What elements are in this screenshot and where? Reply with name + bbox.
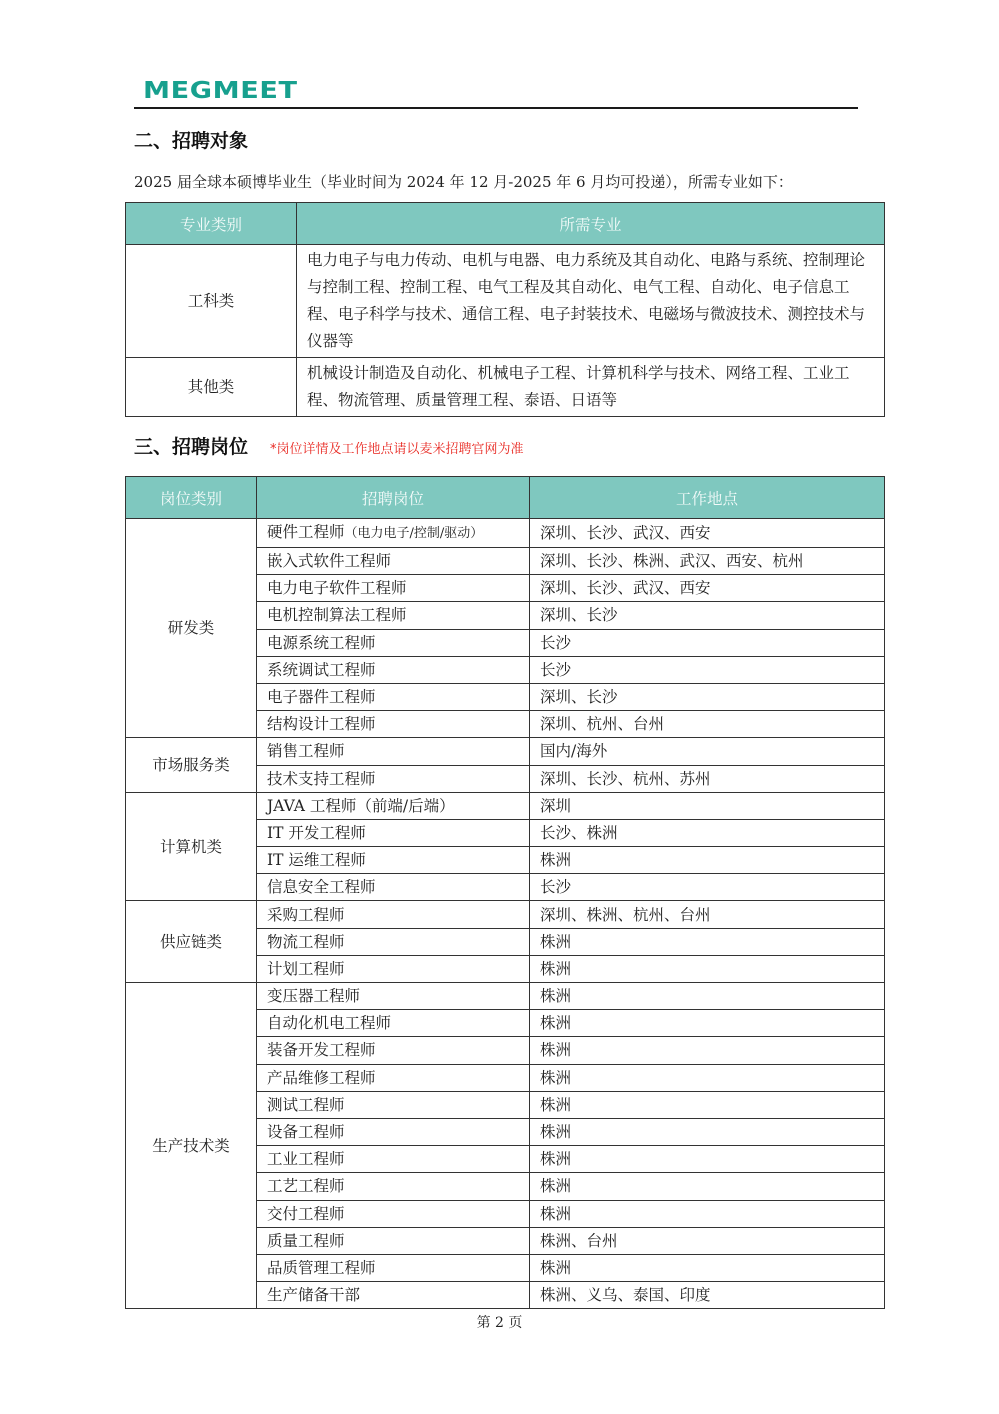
position-cell: 测试工程师 <box>257 1091 530 1118</box>
position-name: 信息安全工程师 <box>267 878 376 896</box>
position-name: 测试工程师 <box>267 1096 345 1114</box>
location-cell: 株洲 <box>530 983 885 1010</box>
location-cell: 株洲 <box>530 1200 885 1227</box>
location-cell: 长沙 <box>530 629 885 656</box>
majors-table: 专业类别 所需专业 工科类 电力电子与电力传动、电机与电器、电力系统及其自动化、… <box>125 202 885 417</box>
table-row: 研发类硬件工程师（电力电子/控制/驱动）深圳、长沙、武汉、西安 <box>126 519 885 548</box>
position-cell: IT 运维工程师 <box>257 847 530 874</box>
position-name: 嵌入式软件工程师 <box>267 552 391 570</box>
table-row: 其他类 机械设计制造及自动化、机械电子工程、计算机科学与技术、网络工程、工业工程… <box>126 358 885 417</box>
location-cell: 株洲 <box>530 1037 885 1064</box>
location-cell: 深圳、长沙、株洲、武汉、西安、杭州 <box>530 548 885 575</box>
position-name: 变压器工程师 <box>267 987 360 1005</box>
table-row: 计算机类JAVA 工程师（前端/后端）深圳 <box>126 792 885 819</box>
position-cell: IT 开发工程师 <box>257 819 530 846</box>
position-cell: 结构设计工程师 <box>257 711 530 738</box>
position-name: 系统调试工程师 <box>267 661 376 679</box>
position-cell: 信息安全工程师 <box>257 874 530 901</box>
position-cell: 采购工程师 <box>257 901 530 928</box>
position-name: 工艺工程师 <box>267 1177 345 1195</box>
table-row: 市场服务类销售工程师国内/海外 <box>126 738 885 765</box>
position-name: JAVA 工程师（前端/后端） <box>267 797 455 815</box>
category-cell: 市场服务类 <box>126 738 257 792</box>
position-name: 技术支持工程师 <box>267 770 376 788</box>
category-cell: 生产技术类 <box>126 983 257 1309</box>
section-title-positions: 三、招聘岗位*岗位详情及工作地点请以麦米招聘官网为准 <box>134 432 524 459</box>
position-name: 结构设计工程师 <box>267 715 376 733</box>
position-cell: 品质管理工程师 <box>257 1254 530 1281</box>
position-name: 生产储备干部 <box>267 1286 360 1304</box>
position-cell: 销售工程师 <box>257 738 530 765</box>
location-cell: 株洲 <box>530 955 885 982</box>
location-cell: 株洲 <box>530 1064 885 1091</box>
intro-text: 2025 届全球本硕博毕业生（毕业时间为 2024 年 12 月-2025 年 … <box>134 171 793 192</box>
location-cell: 长沙 <box>530 656 885 683</box>
position-cell: 产品维修工程师 <box>257 1064 530 1091</box>
position-name: 交付工程师 <box>267 1205 345 1223</box>
header-divider <box>134 107 858 109</box>
category-cell: 其他类 <box>126 358 297 417</box>
position-cell: 工业工程师 <box>257 1146 530 1173</box>
position-name: 质量工程师 <box>267 1232 345 1250</box>
position-cell: 电源系统工程师 <box>257 629 530 656</box>
position-name: 工业工程师 <box>267 1150 345 1168</box>
positions-table: 岗位类别 招聘岗位 工作地点 研发类硬件工程师（电力电子/控制/驱动）深圳、长沙… <box>125 476 885 1309</box>
position-cell: 电子器件工程师 <box>257 683 530 710</box>
location-cell: 株洲 <box>530 1091 885 1118</box>
table-row: 供应链类采购工程师深圳、株洲、杭州、台州 <box>126 901 885 928</box>
position-cell: 质量工程师 <box>257 1227 530 1254</box>
position-cell: JAVA 工程师（前端/后端） <box>257 792 530 819</box>
location-cell: 深圳、长沙 <box>530 683 885 710</box>
position-cell: 电机控制算法工程师 <box>257 602 530 629</box>
position-cell: 嵌入式软件工程师 <box>257 548 530 575</box>
position-cell: 自动化机电工程师 <box>257 1010 530 1037</box>
position-name: 采购工程师 <box>267 906 345 924</box>
location-cell: 深圳、长沙 <box>530 602 885 629</box>
position-cell: 系统调试工程师 <box>257 656 530 683</box>
position-cell: 装备开发工程师 <box>257 1037 530 1064</box>
position-name: IT 运维工程师 <box>267 851 366 869</box>
position-name: 电源系统工程师 <box>267 634 376 652</box>
section-title-recruit-target: 二、招聘对象 <box>134 126 248 153</box>
page-number: 第 2 页 <box>0 1312 999 1332</box>
location-cell: 深圳、长沙、武汉、西安 <box>530 575 885 602</box>
position-cell: 变压器工程师 <box>257 983 530 1010</box>
disclaimer-note: *岗位详情及工作地点请以麦米招聘官网为准 <box>270 442 524 457</box>
col-header-majors: 所需专业 <box>297 203 885 245</box>
location-cell: 深圳、株洲、杭州、台州 <box>530 901 885 928</box>
position-detail: （电力电子/控制/驱动） <box>345 526 484 541</box>
location-cell: 株洲 <box>530 847 885 874</box>
location-cell: 株洲 <box>530 1173 885 1200</box>
category-cell: 计算机类 <box>126 792 257 901</box>
location-cell: 株洲 <box>530 1146 885 1173</box>
section-title-text: 三、招聘岗位 <box>134 436 248 458</box>
position-cell: 计划工程师 <box>257 955 530 982</box>
location-cell: 株洲 <box>530 1254 885 1281</box>
position-cell: 物流工程师 <box>257 928 530 955</box>
category-cell: 供应链类 <box>126 901 257 983</box>
location-cell: 株洲 <box>530 928 885 955</box>
position-cell: 生产储备干部 <box>257 1282 530 1309</box>
position-name: 硬件工程师 <box>267 523 345 541</box>
location-cell: 株洲、义乌、泰国、印度 <box>530 1282 885 1309</box>
position-name: 产品维修工程师 <box>267 1069 376 1087</box>
majors-cell: 电力电子与电力传动、电机与电器、电力系统及其自动化、电路与系统、控制理论与控制工… <box>297 245 885 358</box>
col-header-position: 招聘岗位 <box>257 477 530 519</box>
position-cell: 交付工程师 <box>257 1200 530 1227</box>
megmeet-logo: MEGMEET <box>143 78 298 104</box>
location-cell: 国内/海外 <box>530 738 885 765</box>
col-header-category: 岗位类别 <box>126 477 257 519</box>
position-name: 品质管理工程师 <box>267 1259 376 1277</box>
position-name: 自动化机电工程师 <box>267 1014 391 1032</box>
location-cell: 深圳、长沙、杭州、苏州 <box>530 765 885 792</box>
position-name: 销售工程师 <box>267 742 345 760</box>
table-row: 生产技术类变压器工程师株洲 <box>126 983 885 1010</box>
position-name: IT 开发工程师 <box>267 824 366 842</box>
position-name: 设备工程师 <box>267 1123 345 1141</box>
location-cell: 株洲、台州 <box>530 1227 885 1254</box>
position-name: 电子器件工程师 <box>267 688 376 706</box>
category-cell: 研发类 <box>126 519 257 738</box>
position-name: 电机控制算法工程师 <box>267 606 407 624</box>
location-cell: 株洲 <box>530 1010 885 1037</box>
col-header-category: 专业类别 <box>126 203 297 245</box>
majors-cell: 机械设计制造及自动化、机械电子工程、计算机科学与技术、网络工程、工业工程、物流管… <box>297 358 885 417</box>
location-cell: 株洲 <box>530 1118 885 1145</box>
position-cell: 设备工程师 <box>257 1118 530 1145</box>
table-row: 工科类 电力电子与电力传动、电机与电器、电力系统及其自动化、电路与系统、控制理论… <box>126 245 885 358</box>
location-cell: 深圳、杭州、台州 <box>530 711 885 738</box>
position-name: 物流工程师 <box>267 933 345 951</box>
position-cell: 硬件工程师（电力电子/控制/驱动） <box>257 519 530 548</box>
location-cell: 长沙 <box>530 874 885 901</box>
position-name: 电力电子软件工程师 <box>267 579 407 597</box>
category-cell: 工科类 <box>126 245 297 358</box>
position-cell: 技术支持工程师 <box>257 765 530 792</box>
location-cell: 长沙、株洲 <box>530 819 885 846</box>
position-cell: 工艺工程师 <box>257 1173 530 1200</box>
position-cell: 电力电子软件工程师 <box>257 575 530 602</box>
position-name: 装备开发工程师 <box>267 1041 376 1059</box>
col-header-location: 工作地点 <box>530 477 885 519</box>
position-name: 计划工程师 <box>267 960 345 978</box>
location-cell: 深圳 <box>530 792 885 819</box>
location-cell: 深圳、长沙、武汉、西安 <box>530 519 885 548</box>
